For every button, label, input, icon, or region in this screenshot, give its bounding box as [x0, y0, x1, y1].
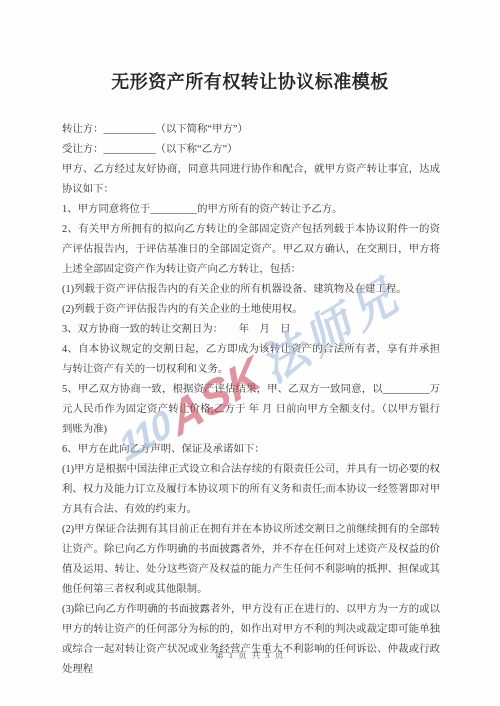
paragraph-clause-6: 6、甲方在此向乙方声明、保证及承诺如下： — [62, 440, 440, 460]
document-page: 110 ASK 法师兄 无形资产所有权转让协议标准模板 转让方：________… — [0, 0, 500, 706]
paragraph-clause-2: 2、有关甲方所拥有的拟向乙方转让的全部固定资产包括列载于本协议附件一的资产评估报… — [62, 220, 440, 280]
paragraph-clause-6-item-3: (3)除已向乙方作明确的书面披露者外，甲方没有正在进行的、以甲方为一方的或以甲方… — [62, 600, 440, 680]
page-number: 第 1 页 共 3 页 — [0, 649, 500, 661]
paragraph-clause-2-item-2: (2)列载于资产评估报告内的有关企业的土地使用权。 — [62, 300, 440, 320]
paragraph-clause-6-item-1: (1)甲方是根据中国法律正式设立和合法存续的有限责任公司，并具有一切必要的权利、… — [62, 460, 440, 520]
paragraph-clause-3: 3、双方协商一致的转让交割日为： 年 月 日 — [62, 320, 440, 340]
paragraph-clause-6-item-2: (2)甲方保证合法拥有其目前正在拥有并在本协议所述交割日之前继续拥有的全部转让资… — [62, 520, 440, 600]
paragraph-clause-4: 4、自本协议规定的交割日起，乙方即成为该转让资产的合法所有者，享有并承担与转让资… — [62, 340, 440, 380]
paragraph-preamble: 甲方、乙方经过友好协商，同意共同进行协作和配合，就甲方资产转让事宜，达成协议如下… — [62, 160, 440, 200]
document-body: 转让方：__________（以下简称“甲方”） 受让方：__________（… — [62, 120, 440, 680]
paragraph-clause-1: 1、甲方同意将位于_________的甲方所有的资产转让予乙方。 — [62, 200, 440, 220]
paragraph-clause-5: 5、甲乙双方协商一致，根据资产评估结果，甲、乙双方一致同意，以_________… — [62, 380, 440, 440]
document-title: 无形资产所有权转让协议标准模板 — [0, 68, 500, 94]
paragraph-transferee: 受让方：__________（以下称“乙方”） — [62, 140, 440, 160]
paragraph-clause-2-item-1: (1)列载于资产评估报告内的有关企业的所有机器设备、建筑物及在建工程。 — [62, 280, 440, 300]
paragraph-transferor: 转让方：__________（以下简称“甲方”） — [62, 120, 440, 140]
